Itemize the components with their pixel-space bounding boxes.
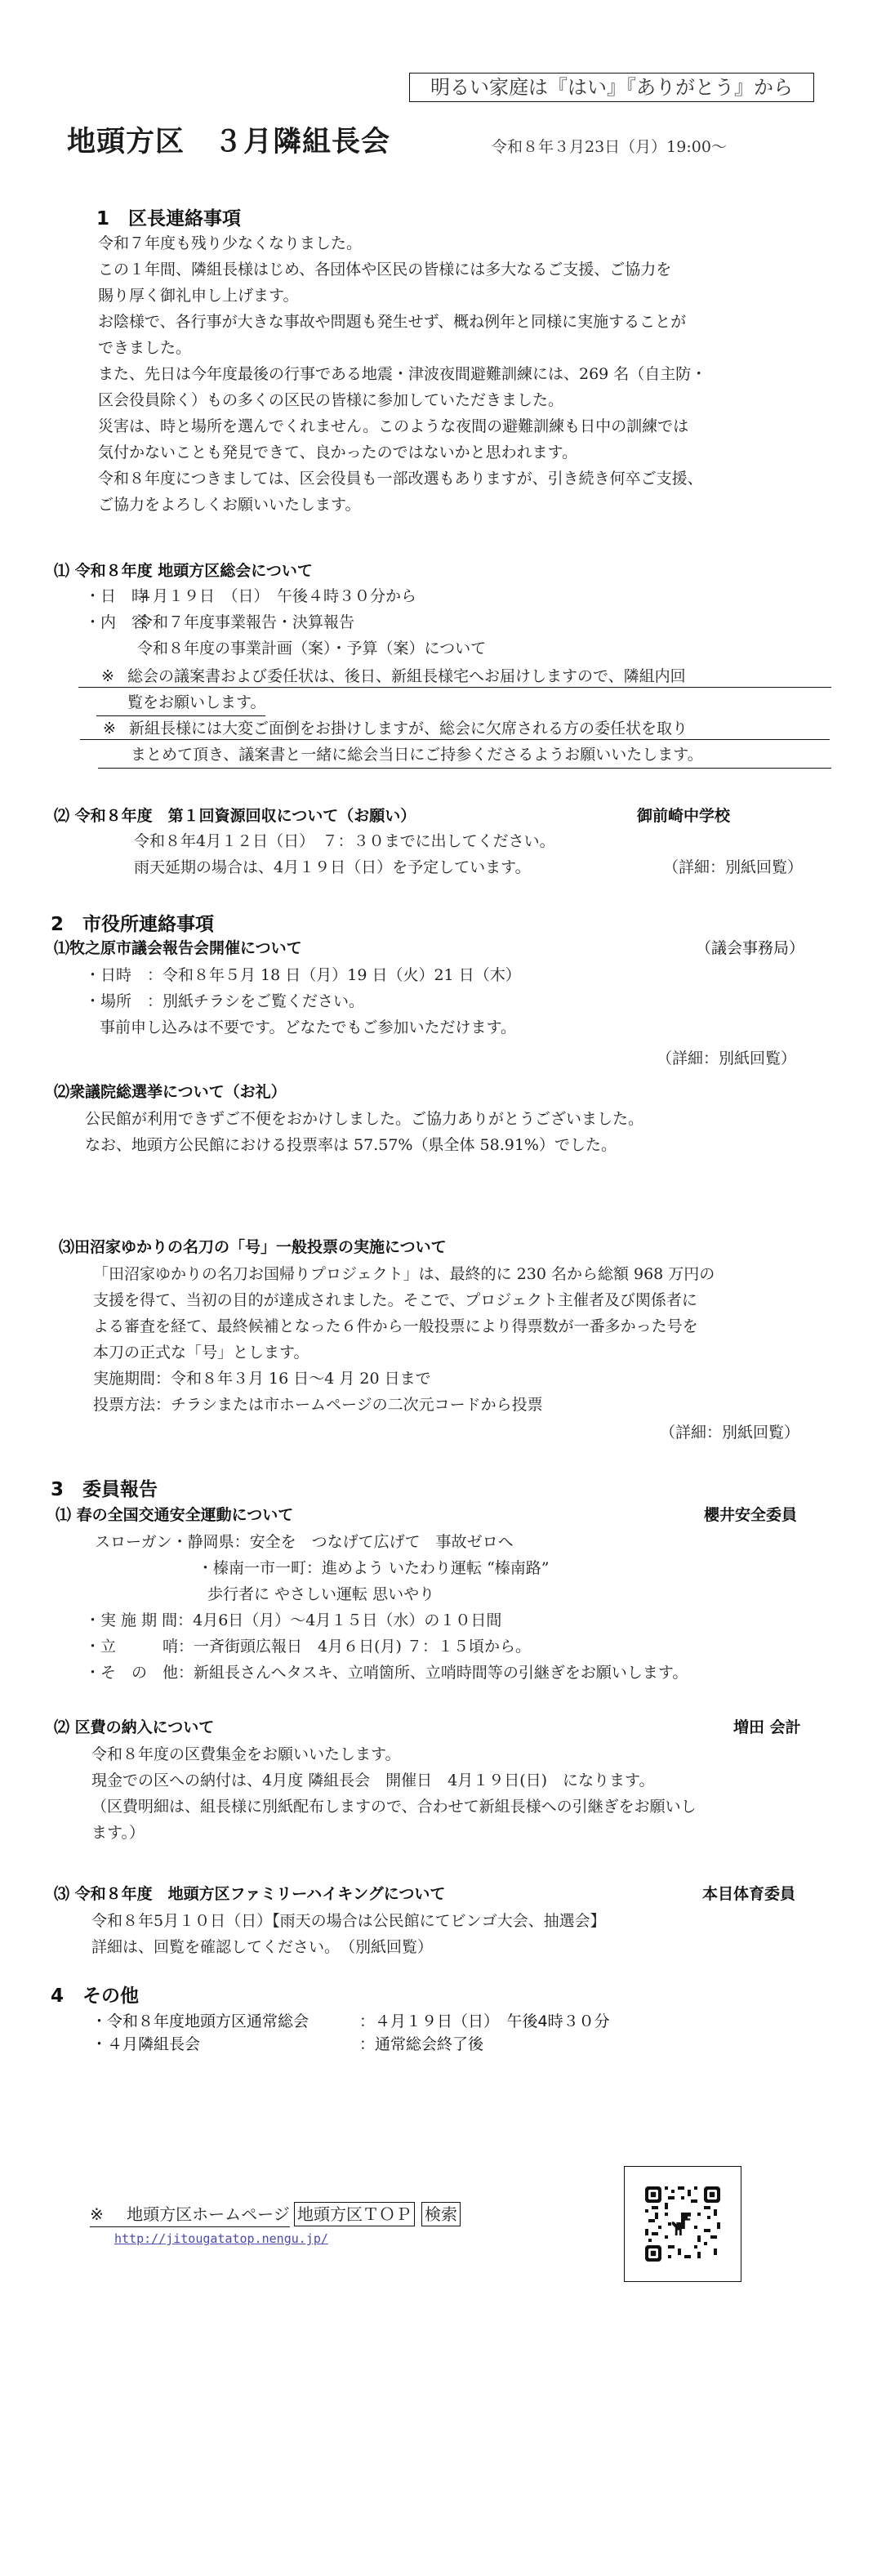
paragraph-line: お陰様で、各行事が大きな事故や問題も発生せず、概ね例年と同様に実施することが [98,309,706,335]
item-heading-resource-collection: ⑵ 令和８年度 第１回資源回収について（お願い） [54,804,416,828]
resource-collection-line: 令和８年4月１２日（日） ７：３０までに出してください。 [134,828,555,854]
council-report-note: 事前申し込みは不要です。どなたでもご参加いただけます。 [100,1014,516,1041]
paragraph-line: 区会役員除く）もの多くの区民の皆様に参加していただきました。 [98,387,706,413]
council-report-datetime: ・日時 ：令和８年５月 18 日（月）19 日（火）21 日（木） [85,962,521,988]
paragraph-line: 令和７年度も残り少なくなりました。 [98,230,706,256]
item-heading-council-report: ⑴牧之原市議会報告会開催について [54,936,302,960]
slogan-hainan: ・榛南一市一町：進めよう いたわり運転 “榛南路” [198,1555,550,1581]
traffic-other: ・そ の 他：新組長さんへタスキ、立哨箇所、立哨時間等の引継ぎをお願いします。 [85,1660,688,1686]
meeting-date: 令和８年３月23日（月）19:00～ [492,136,727,158]
note-line: 総会の議案書および委任状は、後日、新組長様宅へお届けしますので、隣組内回 [78,663,831,688]
general-meeting-content-1: 令和７年度事業報告・決算報告 [137,609,354,635]
note-line: まとめて頂き、議案書と一緒に総会当日にご持参くださるようお願いいたします。 [98,742,831,769]
motto-banner: 明るい家庭は『はい』『ありがとう』から [409,73,814,102]
sword-vote-body: 「田沼家ゆかりの名刀お国帰りプロジェクト」は、最終的に 230 名から総額 96… [93,1261,715,1418]
page-title: 地頭方区 ３月隣組長会 [67,124,390,160]
paragraph-line: また、先日は今年度最後の行事である地震・津波夜間避難訓練には、269 名（自主防… [98,361,706,387]
detail-note: （詳細：別紙回覧） [663,854,803,880]
slogan-hainan-2: 歩行者に やさしい運転 思いやり [207,1581,434,1607]
section-heading-1: 1 区長連絡事項 [96,206,241,232]
paragraph-line: 令和８年度につきましては、区会役員も一部改選もありますが、引き続き何卒ご支援、 [98,466,706,492]
section1-body: 令和７年度も残り少なくなりました。 この１年間、隣組長様はじめ、各団体や区民の皆… [98,230,706,518]
note-line: 覧をお願いします。 [96,689,265,716]
paragraph-line: 支援を得て、当初の目的が達成されました。そこで、プロジェクト主催者及び関係者に [93,1287,715,1313]
item-owner: 本目体育委員 [702,1882,795,1906]
family-hiking-line: 令和８年5月１０日（日）【雨天の場合は公民館にてビンゴ大会、抽選会】 [91,1908,606,1934]
item-heading-general-meeting: ⑴ 令和８年度 地頭方区総会について [54,559,313,583]
detail-note: （詳細：別紙回覧） [657,1045,796,1072]
other-row-label: ・４月隣組長会 [91,2032,200,2057]
paragraph-line: 本刀の正式な「号」とします。 [93,1339,715,1366]
item-heading-election: ⑵衆議院総選挙について（お礼） [54,1080,287,1104]
family-hiking-line: 詳細は、回覧を確認してください。 （別紙回覧） [91,1934,433,1960]
district-fee-body: 令和８年度の区費集金をお願いいたします。 現金での区への納付は、4月度 隣組長会… [91,1741,697,1846]
paragraph-line: 実施期間：令和８年３月 16 日～4 月 20 日まで [93,1366,715,1392]
traffic-standing-watch: ・立 哨：一斉街頭広報日 4月６日(月) ７：１５頃から。 [85,1633,531,1660]
election-line: なお、地頭方公民館における投票率は 57.57%（県全体 58.91%）でした。 [85,1132,617,1158]
general-meeting-content-2: 令和８年度の事業計画（案）・予算（案）について [137,635,486,662]
traffic-period: ・実 施 期 間：4月6日（月）～4月１５日（水）の１０日間 [85,1607,501,1633]
paragraph-line: 賜り厚く御礼申し上げます。 [98,283,706,309]
item-owner: 御前崎中学校 [637,804,730,828]
search-term-box[interactable]: 地頭方区ＴＯＰ [294,2202,415,2226]
paragraph-line: 気付かないことも発見できて、良かったのではないかと思われます。 [98,439,706,466]
item-owner: 櫻井安全委員 [704,1503,797,1527]
paragraph-line: ご協力をよろしくお願いいたします。 [98,492,706,518]
reference-mark: ※ [90,2204,104,2224]
note-line: 新組長様には大変ご面倒をお掛けしますが、総会に欠席される方の委任状を取り [80,715,830,740]
homepage-label: ※ 地頭方区ホームページ [90,2202,290,2227]
section-heading-2: 2 市役所連絡事項 [51,911,214,938]
item-heading-district-fee: ⑵ 区費の納入について [54,1715,214,1740]
other-row-value: ：４月１９日（日） 午後4時３０分 [359,2009,610,2034]
homepage-url-link[interactable]: http://jitougatatop.nengu.jp/ [114,2231,328,2246]
item-owner: （議会事務局） [696,936,804,960]
item-heading-family-hiking: ⑶ 令和８年度 地頭方区ファミリーハイキングについて [54,1882,445,1906]
paragraph-line: 投票方法：チラシまたは市ホームページの二次元コードから投票 [93,1392,715,1418]
paragraph-line: 「田沼家ゆかりの名刀お国帰りプロジェクト」は、最終的に 230 名から総額 96… [93,1261,715,1287]
slogan-shizuoka: スローガン・静岡県：安全を つなげて広げて 事故ゼロへ [95,1529,514,1555]
section-heading-3: 3 委員報告 [51,1477,158,1503]
election-line: 公民館が利用できずご不便をおかけしました。ご協力ありがとうございました。 [85,1106,643,1132]
detail-note: （詳細：別紙回覧） [660,1419,799,1446]
other-row-value: ：通常総会終了後 [359,2032,483,2057]
item-heading-sword-vote: ⑶田沼家ゆかりの名刀の「号」一般投票の実施について [59,1235,447,1259]
general-meeting-datetime: ４月１９日 （日） 午後４時３０分から [137,583,416,609]
qr-code-icon [645,2186,720,2262]
other-row-label: ・令和８年度地頭方区通常総会 [91,2009,309,2034]
paragraph-line: 令和８年度の区費集金をお願いいたします。 [91,1741,697,1767]
paragraph-line: （区費明細は、組長様に別紙配布しますので、合わせて新組長様への引継ぎをお願いし [91,1794,697,1820]
paragraph-line: 現金での区への納付は、4月度 隣組長会 開催日 4月１９日(日) になります。 [91,1767,697,1794]
council-report-place: ・場所 ：別紙チラシをご覧ください。 [85,988,364,1014]
paragraph-line: できました。 [98,335,706,361]
section-heading-4: 4 その他 [51,1983,139,2009]
paragraph-line: よる審査を経て、最終候補となった６件から一般投票により得票数が一番多かった号を [93,1313,715,1339]
item-heading-traffic-safety: ⑴ 春の全国交通安全運動について [56,1503,293,1527]
paragraph-line: 災害は、時と場所を選んでくれません。このような夜間の避難訓練も日中の訓練では [98,413,706,439]
paragraph-line: この１年間、隣組長様はじめ、各団体や区民の皆様には多大なるご支援、ご協力を [98,256,706,283]
paragraph-line: ます。） [91,1820,697,1846]
search-button[interactable]: 検索 [421,2202,461,2226]
resource-collection-line: 雨天延期の場合は、4月１９日（日）を予定しています。 [134,854,531,880]
item-owner: 増田 会計 [733,1715,801,1740]
qr-code[interactable] [624,2166,741,2282]
